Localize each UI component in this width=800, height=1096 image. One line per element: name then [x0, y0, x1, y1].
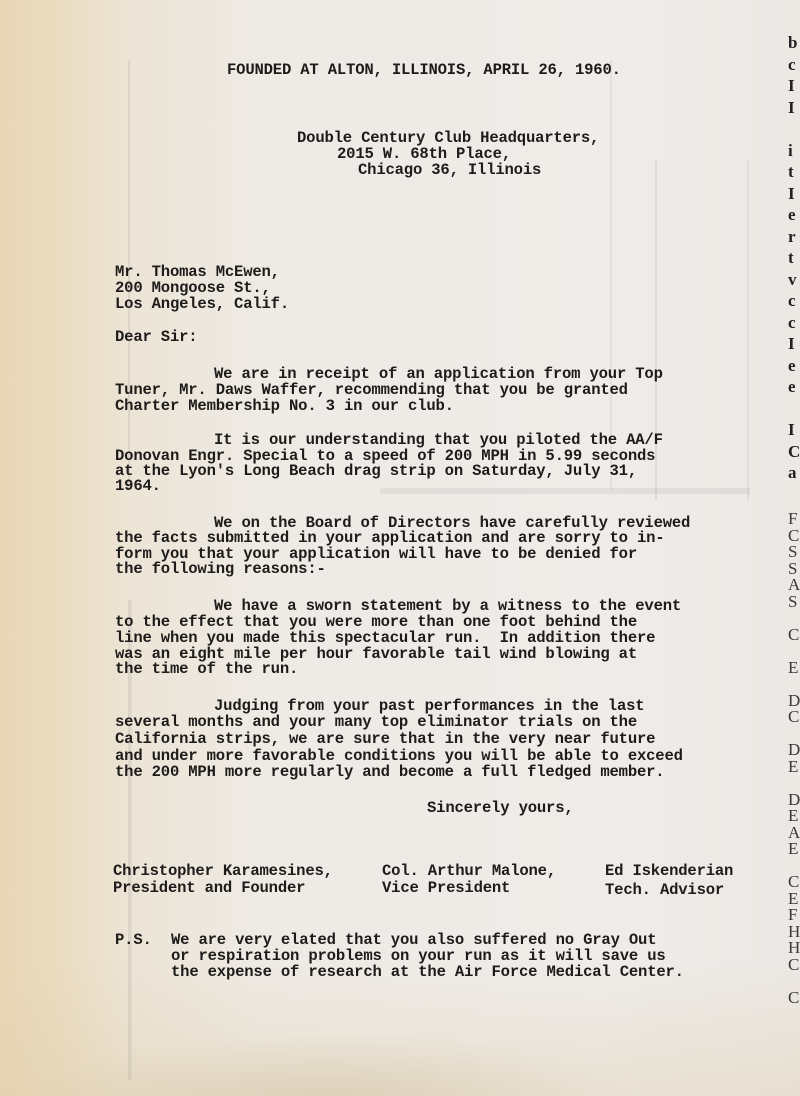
paragraph-line: California strips, we are sure that in t… [115, 731, 655, 747]
paragraph-line: several months and your many top elimina… [115, 714, 637, 730]
adjacent-page-letter: v [788, 271, 797, 289]
adjacent-page-letter: t [788, 249, 794, 267]
adjacent-page-letter: e [788, 206, 796, 224]
adjacent-page-letter: S [788, 593, 797, 611]
adjacent-page-letter: C [788, 956, 799, 974]
signatory-title: Tech. Advisor [605, 882, 724, 898]
sender-address-line: Chicago 36, Illinois [358, 162, 541, 178]
postscript-line: We are very elated that you also suffere… [171, 932, 656, 948]
adjacent-page-letter: c [788, 292, 796, 310]
salutation: Dear Sir: [115, 329, 197, 345]
paragraph-line: the facts submitted in your application … [115, 530, 664, 546]
adjacent-page-letter: c [788, 56, 796, 74]
adjacent-page-letter: I [788, 335, 795, 353]
letterhead-founded: FOUNDED AT ALTON, ILLINOIS, APRIL 26, 19… [227, 62, 621, 78]
paragraph-line: We are in receipt of an application from… [214, 366, 663, 382]
adjacent-page-letter: E [788, 758, 798, 776]
adjacent-page-letter: I [788, 185, 795, 203]
adjacent-page-letter: C [788, 626, 799, 644]
adjacent-page-letter: r [788, 228, 796, 246]
signatory-title: Vice President [382, 880, 510, 896]
paragraph-line: Charter Membership No. 3 in our club. [115, 398, 454, 414]
paragraph-line: at the Lyon's Long Beach drag strip on S… [115, 463, 637, 479]
adjacent-page-letter: I [788, 99, 795, 117]
recipient-address-line: Los Angeles, Calif. [115, 296, 289, 312]
paragraph-line: the time of the run. [115, 661, 298, 677]
recipient-address-line: 200 Mongoose St., [115, 280, 271, 296]
adjacent-page-letter: b [788, 34, 797, 52]
adjacent-page-letter: a [788, 464, 797, 482]
recipient-address-line: Mr. Thomas McEwen, [115, 264, 280, 280]
adjacent-page-letter: i [788, 142, 793, 160]
bleed-through-rule [380, 488, 750, 494]
adjacent-page-letter: e [788, 378, 796, 396]
signatory-name: Christopher Karamesines, [113, 863, 333, 879]
adjacent-page-letter: c [788, 314, 796, 332]
postscript-line: the expense of research at the Air Force… [171, 964, 684, 980]
signatory-name: Col. Arthur Malone, [382, 863, 556, 879]
paragraph-line: the 200 MPH more regularly and become a … [115, 764, 664, 780]
signatory-title: President and Founder [113, 880, 305, 896]
adjacent-page-letter: e [788, 357, 796, 375]
adjacent-page-letter: C [788, 989, 799, 1007]
adjacent-page-letter: t [788, 163, 794, 181]
paragraph-line: 1964. [115, 478, 161, 494]
sender-address-line: Double Century Club Headquarters, [297, 130, 599, 146]
paragraph-line: to the effect that you were more than on… [115, 614, 637, 630]
paragraph-line: the following reasons:- [115, 561, 326, 577]
adjacent-page-letter: I [788, 77, 795, 95]
bleed-through-column [655, 160, 749, 500]
postscript-label: P.S. [115, 932, 152, 948]
closing: Sincerely yours, [427, 800, 574, 816]
postscript-line: or respiration problems on your run as i… [171, 948, 666, 964]
sender-address-line: 2015 W. 68th Place, [337, 146, 511, 162]
adjacent-page-letter: C [788, 443, 800, 461]
adjacent-page-letter: C [788, 708, 799, 726]
paragraph-line: It is our understanding that you piloted… [214, 432, 663, 448]
adjacent-page-letter: E [788, 659, 798, 677]
adjacent-page-letter: I [788, 421, 795, 439]
paragraph-line: Tuner, Mr. Daws Waffer, recommending tha… [115, 382, 628, 398]
paragraph-line: and under more favorable conditions you … [115, 748, 683, 764]
paragraph-line: We have a sworn statement by a witness t… [214, 598, 681, 614]
paragraph-line: line when you made this spectacular run.… [115, 630, 655, 646]
paragraph-line: Judging from your past performances in t… [214, 698, 644, 714]
adjacent-page-letter: E [788, 840, 798, 858]
signatory-name: Ed Iskenderian [605, 863, 733, 879]
